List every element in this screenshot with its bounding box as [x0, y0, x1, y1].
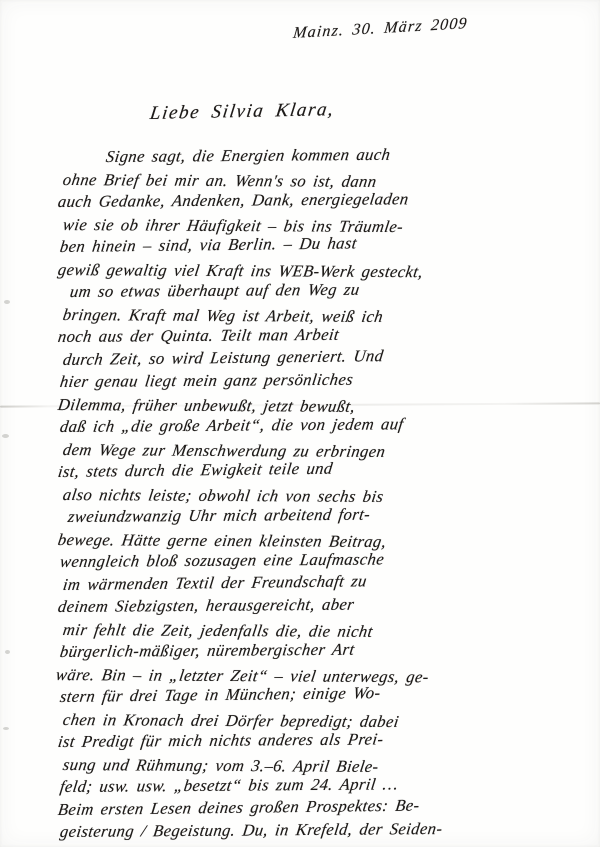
handwritten-line: um so etwas überhaupt auf den Weg zu	[69, 277, 596, 304]
handwritten-line: Signe sagt, die Energien kommen auch	[105, 142, 596, 168]
handwritten-line: daß ich „die große Arbeit“, die von jede…	[59, 412, 596, 439]
salutation: Liebe Silvia Klara,	[149, 99, 336, 125]
scan-speck	[4, 300, 10, 304]
handwritten-line: deinem Siebzigsten, herausgereicht, aber	[57, 592, 596, 619]
handwritten-line: auch Gedanke, Andenken, Dank, energiegel…	[57, 187, 596, 214]
date-line: Mainz. 30. März 2009	[292, 15, 468, 43]
handwritten-line: geisterung / Begeistung. Du, in Krefeld,…	[59, 817, 596, 844]
scan-speck	[5, 650, 10, 654]
handwritten-line: hier genau liegt mein ganz persönliches	[59, 367, 596, 394]
scan-speck	[3, 727, 9, 730]
handwritten-line: bürgerlich-mäßiger, nürembergischer Art	[59, 637, 596, 664]
letter-scan-page: Mainz. 30. März 2009 Liebe Silvia Klara,…	[0, 0, 600, 847]
handwritten-line: zweiundzwanzig Uhr mich arbeitend fort-	[67, 502, 596, 529]
letter-body: Signe sagt, die Energien kommen auch ohn…	[60, 146, 594, 844]
scan-speck	[2, 434, 9, 438]
handwritten-line: ist Predigt für mich nichts anderes als …	[57, 727, 596, 754]
